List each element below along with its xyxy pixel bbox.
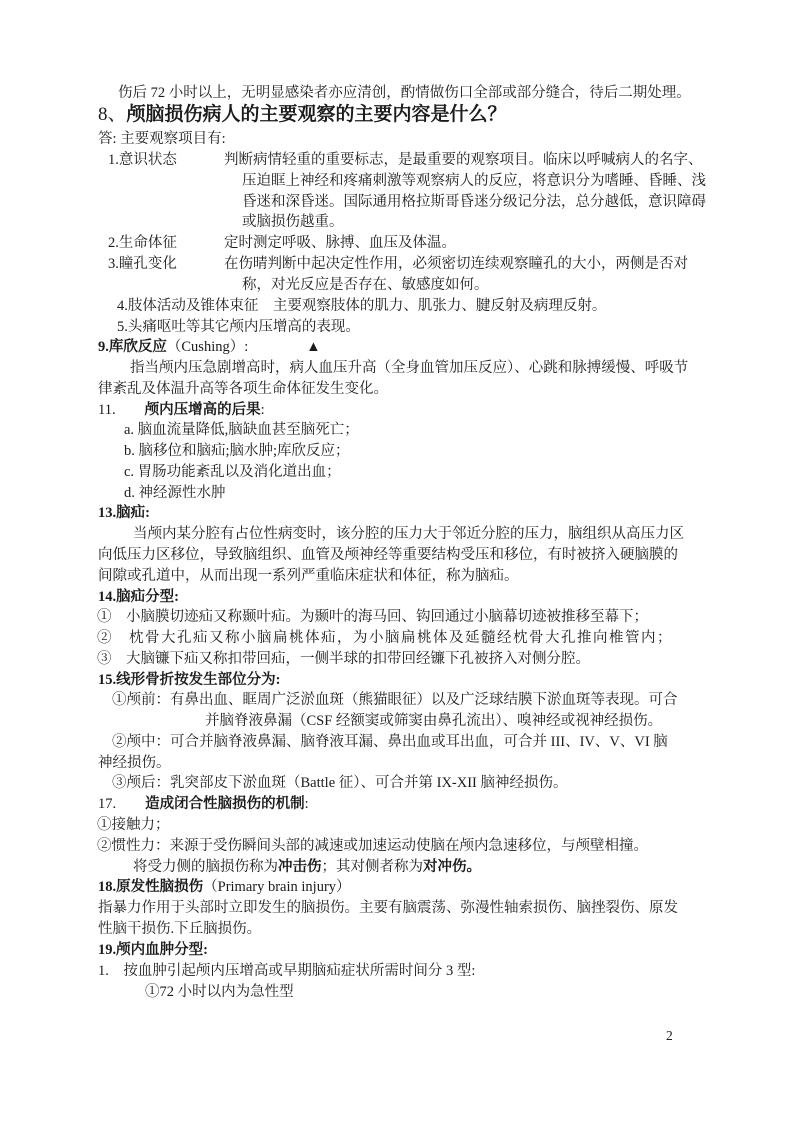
section-heading-14: 14.脑疝分型: [98, 588, 179, 606]
heading-text: 9.库欣反应 [98, 339, 167, 355]
doc-line: 当颅内某分腔有占位性病变时，该分腔的压力大于邻近分腔的压力，脑组织从高压力区 [133, 525, 684, 543]
list-item: ②颅中：可合并脑脊液鼻漏、脑脊液耳漏、鼻出血或耳出血，可合并 III、IV、V、… [112, 733, 668, 751]
heading-latin: （Primary brain injury） [203, 879, 350, 895]
list-item: ②惯性力：来源于受伤瞬间头部的减速或加速运动使脑在颅内急速移位，与颅壁相撞。 [97, 837, 648, 855]
doc-line: 答: 主要观察项目有: [98, 130, 226, 148]
heading-number: 8、 [98, 104, 127, 125]
list-item: ③颅后：乳突部皮下淤血斑（Battle 征）、可合并第 IX-XII 脑神经损伤… [112, 774, 568, 792]
doc-line: 指暴力作用于头部时立即发生的脑损伤。主要有脑震荡、弥漫性轴索损伤、脑挫裂伤、原发 [98, 899, 678, 917]
heading-text: 颅脑损伤病人的主要观察的主要内容是什么？ [127, 104, 507, 125]
heading-colon: : [305, 796, 309, 812]
list-item: ② 枕骨大孔疝又称小脑扁桃体疝，为小脑扁桃体及延髓经枕骨大孔推向椎管内； [97, 629, 673, 647]
section-heading-17: 17. 造成闭合性脑损伤的机制: [98, 795, 309, 813]
section-heading-13: 13.脑疝: [98, 504, 150, 522]
section-heading-18: 18.原发性脑损伤（Primary brain injury） [98, 878, 351, 896]
line-text: ；其对侧者称为 [322, 859, 424, 875]
section-heading-15: 15.线形骨折按发生部位分为: [98, 671, 280, 689]
list-item: ①颅前：有鼻出血、眶周广泛淤血斑（熊猫眼征）以及广泛球结膜下淤血斑等表现。可合 [112, 691, 678, 709]
doc-line: 性脑干损伤.下丘脑损伤。 [98, 920, 261, 938]
list-item: c. 胃肠功能紊乱以及消化道出血； [124, 463, 341, 481]
term-contrecoup: 对冲伤。 [423, 859, 481, 875]
list-item: b. 脑移位和脑疝;脑水肿;库欣反应； [124, 442, 350, 460]
list-item: ① 小脑膜切迹疝又称颞叶疝。为颞叶的海马回、钩回通过小脑幕切迹被推移至幕下； [97, 608, 648, 626]
page-number: 2 [666, 1028, 673, 1044]
heading-text: 18.原发性脑损伤 [98, 879, 203, 895]
list-item: ①接触力； [97, 816, 170, 834]
doc-line: 伤后 72 小时以上，无明显感染者亦应清创，酌情做伤口全部或部分缝合，待后二期处… [118, 84, 691, 102]
doc-line: 3.瞳孔变化 在伤晴判断中起决定性作用，必须密切连续观察瞳孔的大小，两侧是否对 [108, 255, 688, 273]
document-page: 伤后 72 小时以上，无明显感染者亦应清创，酌情做伤口全部或部分缝合，待后二期处… [0, 0, 793, 1122]
section-heading-11: 11. 颅内压增高的后果: [98, 401, 265, 419]
doc-line: 压迫眶上神经和疼痛刺激等观察病人的反应，将意识分为嗜睡、昏睡、浅 [242, 172, 706, 190]
term-coup: 冲击伤 [278, 859, 322, 875]
doc-line: 或脑损伤越重。 [242, 213, 344, 231]
doc-line: 1. 按血肿引起颅内压增高或早期脑疝症状所需时间分 3 型: [98, 962, 475, 980]
section-heading-cushing: 9.库欣反应（Cushing）: ▲ [98, 338, 321, 356]
triangle-marker-icon: ▲ [248, 339, 320, 355]
heading-number: 17. [98, 796, 145, 812]
doc-line: 指当颅内压急剧增高时，病人血压升高（全身血管加压反应）、心跳和脉搏缓慢、呼吸节 [130, 359, 688, 377]
doc-line: 间隙或孔道中，从而出现一系列严重临床症状和体征，称为脑疝。 [98, 567, 519, 585]
doc-line: 称，对光反应是否存在、敏感度如何。 [242, 276, 489, 294]
doc-line: 1.意识状态 判断病情轻重的重要标志，是最重要的观察项目。临床以呼喊病人的名字、 [108, 151, 703, 169]
heading-text: 造成闭合性脑损伤的机制 [145, 796, 305, 812]
doc-line: 昏迷和深昏迷。国际通用格拉斯哥昏迷分级记分法，总分越低，意识障碍 [242, 193, 706, 211]
heading-colon: : [261, 402, 265, 418]
section-heading-19: 19.颅内血肿分型: [98, 941, 208, 959]
doc-line: 5.头痛呕吐等其它颅内压增高的表现。 [117, 318, 360, 336]
line-text: 将受力侧的脑损伤称为 [133, 859, 278, 875]
doc-line: 神经损伤。 [98, 754, 171, 772]
doc-line: 将受力侧的脑损伤称为冲击伤；其对侧者称为对冲伤。 [133, 858, 481, 876]
heading-text: 颅内压增高的后果 [145, 402, 261, 418]
doc-line: 4.肢体活动及锥体束征 主要观察肢体的肌力、肌张力、腱反射及病理反射。 [117, 297, 606, 315]
list-item: ①72 小时以内为急性型 [145, 983, 294, 1001]
heading-latin: （Cushing）: [167, 339, 248, 355]
doc-line: 2.生命体征 定时测定呼吸、脉搏、血压及体温。 [108, 234, 456, 252]
list-item: ③ 大脑镰下疝又称扣带回疝，一侧半球的扣带回经镰下孔被挤入对侧分腔。 [97, 650, 590, 668]
doc-line: 律紊乱及体温升高等各项生命体征发生变化。 [98, 380, 388, 398]
doc-line: 并脑脊液鼻漏（CSF 经额窦或筛窦由鼻孔流出）、嗅神经或视神经损伤。 [205, 712, 662, 730]
question-heading: 8、颅脑损伤病人的主要观察的主要内容是什么？ [98, 104, 507, 126]
list-item: a. 脑血流量降低,脑缺血甚至脑死亡； [124, 421, 359, 439]
heading-number: 11. [98, 402, 145, 418]
doc-line: 向低压力区移位，导致脑组织、血管及颅神经等重要结构受压和移位，有时被挤入硬脑膜的 [98, 546, 678, 564]
list-item: d. 神经源性水肿 [124, 484, 226, 502]
